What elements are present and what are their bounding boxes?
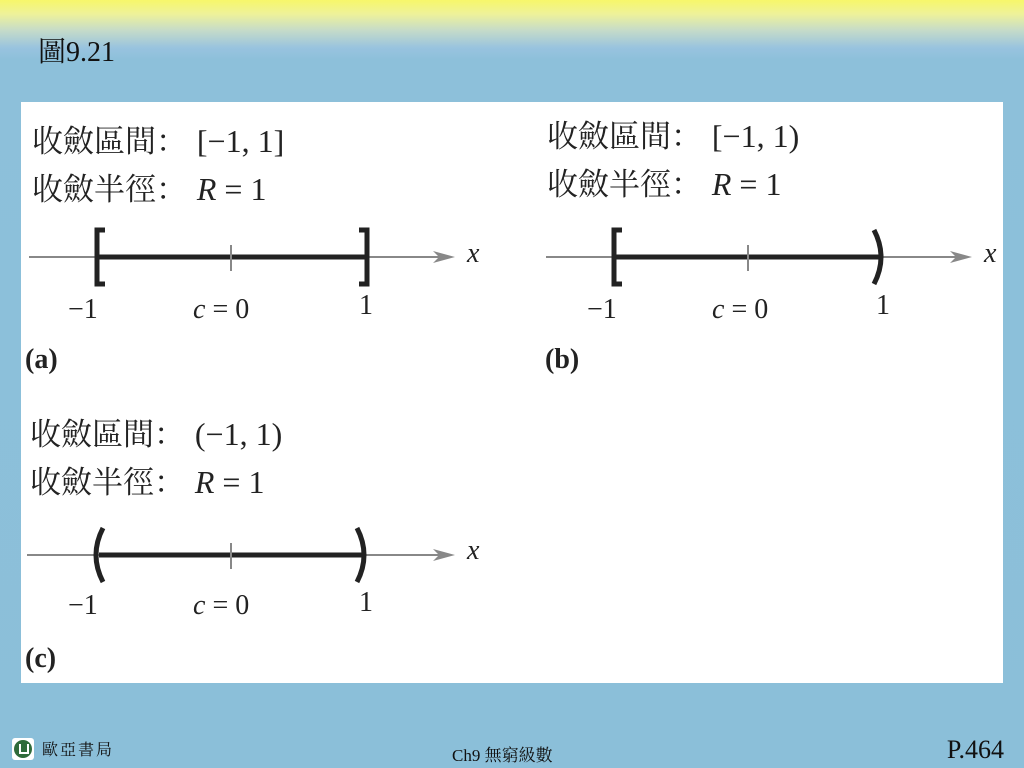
publisher: 歐亞書局 — [12, 737, 114, 760]
right-endpoint-label: 1 — [359, 290, 373, 322]
figure-label: (b) — [545, 344, 579, 376]
left-endpoint-label: −1 — [587, 294, 617, 326]
publisher-name: 歐亞書局 — [42, 737, 114, 760]
interval-label: 收斂區間： — [32, 124, 187, 160]
figure-a: 收斂區間： [−1, 1] 收斂半徑： R = 1 x −1 c = 0 1 (… — [21, 102, 521, 392]
figure-c: 收斂區間： (−1, 1) 收斂半徑： R = 1 x −1 c = 0 1 (… — [21, 397, 521, 683]
axis-var-x: x — [467, 238, 479, 270]
interval-label: 收斂區間： — [547, 119, 702, 155]
radius-label: 收斂半徑： — [547, 167, 702, 203]
interval-value: (−1, 1) — [195, 416, 282, 452]
interval-line: 收斂區間： [−1, 1) — [547, 111, 799, 156]
interval-line: 收斂區間： [−1, 1] — [32, 116, 284, 161]
radius-var: R — [712, 166, 732, 202]
radius-label: 收斂半徑： — [32, 172, 187, 208]
left-endpoint-label: −1 — [68, 590, 98, 622]
center-label: c = 0 — [193, 590, 249, 622]
figure-label: (c) — [25, 643, 56, 675]
slide-title: 圖9.21 — [38, 30, 115, 70]
radius-line: 收斂半徑： R = 1 — [32, 164, 266, 209]
radius-eq: = 1 — [214, 464, 264, 500]
publisher-logo-icon — [12, 738, 34, 760]
interval-value: [−1, 1] — [197, 123, 284, 159]
interval-value: [−1, 1) — [712, 118, 799, 154]
radius-eq: = 1 — [731, 166, 781, 202]
center-label: c = 0 — [193, 294, 249, 326]
figure-label: (a) — [25, 344, 58, 376]
radius-label: 收斂半徑： — [30, 465, 185, 501]
left-endpoint-label: −1 — [68, 294, 98, 326]
radius-var: R — [197, 171, 217, 207]
number-line — [538, 227, 1008, 287]
number-line — [21, 227, 491, 287]
interval-label: 收斂區間： — [30, 417, 185, 453]
figure-panel: 收斂區間： [−1, 1] 收斂半徑： R = 1 x −1 c = 0 1 (… — [21, 102, 1003, 683]
axis-var-x: x — [984, 238, 996, 270]
axis-var-x: x — [467, 535, 479, 567]
interval-line: 收斂區間： (−1, 1) — [30, 409, 282, 454]
chapter-label: Ch9 無窮級數 — [452, 741, 553, 766]
radius-eq: = 1 — [216, 171, 266, 207]
figure-b: 收斂區間： [−1, 1) 收斂半徑： R = 1 x −1 c = 0 1 (… — [538, 102, 1008, 392]
right-endpoint-label: 1 — [876, 290, 890, 322]
center-label: c = 0 — [712, 294, 768, 326]
page-number: P.464 — [947, 735, 1004, 765]
right-endpoint-label: 1 — [359, 587, 373, 619]
radius-var: R — [195, 464, 215, 500]
number-line — [21, 525, 491, 585]
radius-line: 收斂半徑： R = 1 — [547, 159, 781, 204]
radius-line: 收斂半徑： R = 1 — [30, 457, 264, 502]
